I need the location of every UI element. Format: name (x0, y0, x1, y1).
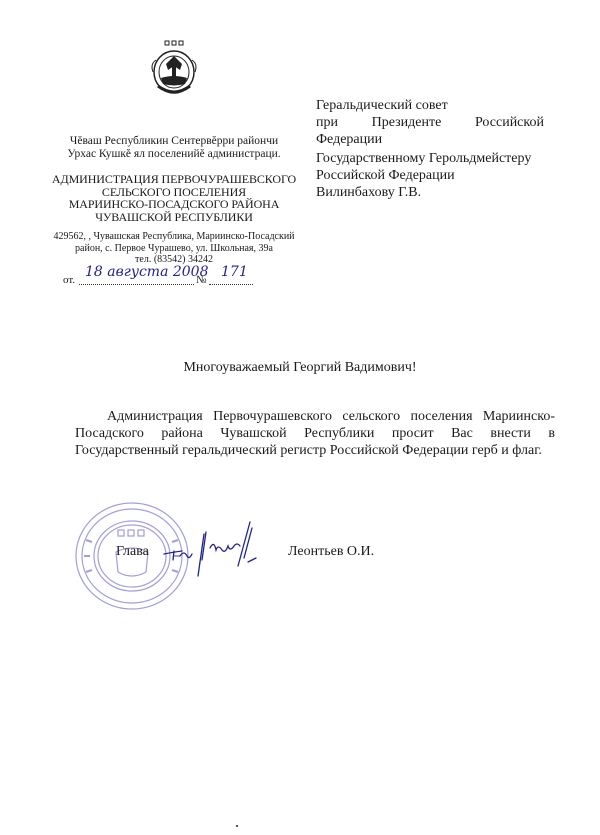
letterhead-chuvash-text: Чĕваш Республикин Сентервĕрри райончи Ур… (46, 135, 302, 160)
addressee-heraldic-council: Геральдический совет при Президенте Росс… (316, 97, 544, 148)
letter-body: Администрация Первочурашевского сельског… (75, 408, 555, 460)
date-handwritten: 18 августа 2008 (85, 264, 209, 280)
salutation: Многоуважаемый Георгий Вадимович! (0, 360, 600, 376)
org-line: МАРИИНСКО-ПОСАДСКОГО РАЙОНА (46, 198, 302, 211)
addressee-line: Государственному Герольдмейстеру (316, 150, 544, 167)
date-dotted-line (79, 284, 194, 285)
letterhead-address: 429562, , Чувашская Республика, Мариинск… (46, 231, 302, 266)
body-paragraph: Администрация Первочурашевского сельског… (75, 409, 555, 458)
address-line: 429562, , Чувашская Республика, Мариинск… (46, 231, 302, 243)
org-line: ЧУВАШСКОЙ РЕСПУБЛИКИ (46, 211, 302, 224)
chuvash-line: Чĕваш Республикин Сентервĕрри райончи (46, 135, 302, 148)
handwritten-signature-icon (160, 518, 270, 580)
signer-title: Глава (116, 544, 149, 560)
addressee-line: Геральдический совет (316, 97, 544, 114)
number-prefix: № (196, 274, 207, 286)
signer-name: Леонтьев О.И. (288, 544, 374, 560)
number-dotted-line (209, 284, 253, 285)
registration-line: от. 18 августа 2008 № 171 (63, 268, 253, 288)
word: Президенте (372, 114, 442, 131)
word: Российской (475, 114, 544, 131)
number-handwritten: 171 (221, 264, 248, 280)
word: при (316, 114, 338, 131)
date-prefix: от. (63, 274, 75, 286)
chuvash-line: Урхас Кушкĕ ял поселенийĕ администраци. (46, 148, 302, 161)
coat-of-arms-emblem-icon (148, 40, 200, 98)
addressee-line: Вилинбахову Г.В. (316, 184, 544, 201)
address-line: район, с. Первое Чурашево, ул. Школьная,… (46, 243, 302, 255)
org-line: АДМИНИСТРАЦИЯ ПЕРВОЧУРАШЕВСКОГО (46, 173, 302, 186)
addressee-line: Российской Федерации (316, 167, 544, 184)
scan-speck (236, 825, 238, 827)
addressee-line: при Президенте Российской (316, 114, 544, 131)
addressee-line: Федерации (316, 131, 544, 148)
addressee-herald-master: Государственному Герольдмейстеру Российс… (316, 150, 544, 201)
letterhead-organization-name: АДМИНИСТРАЦИЯ ПЕРВОЧУРАШЕВСКОГО СЕЛЬСКОГ… (46, 173, 302, 223)
